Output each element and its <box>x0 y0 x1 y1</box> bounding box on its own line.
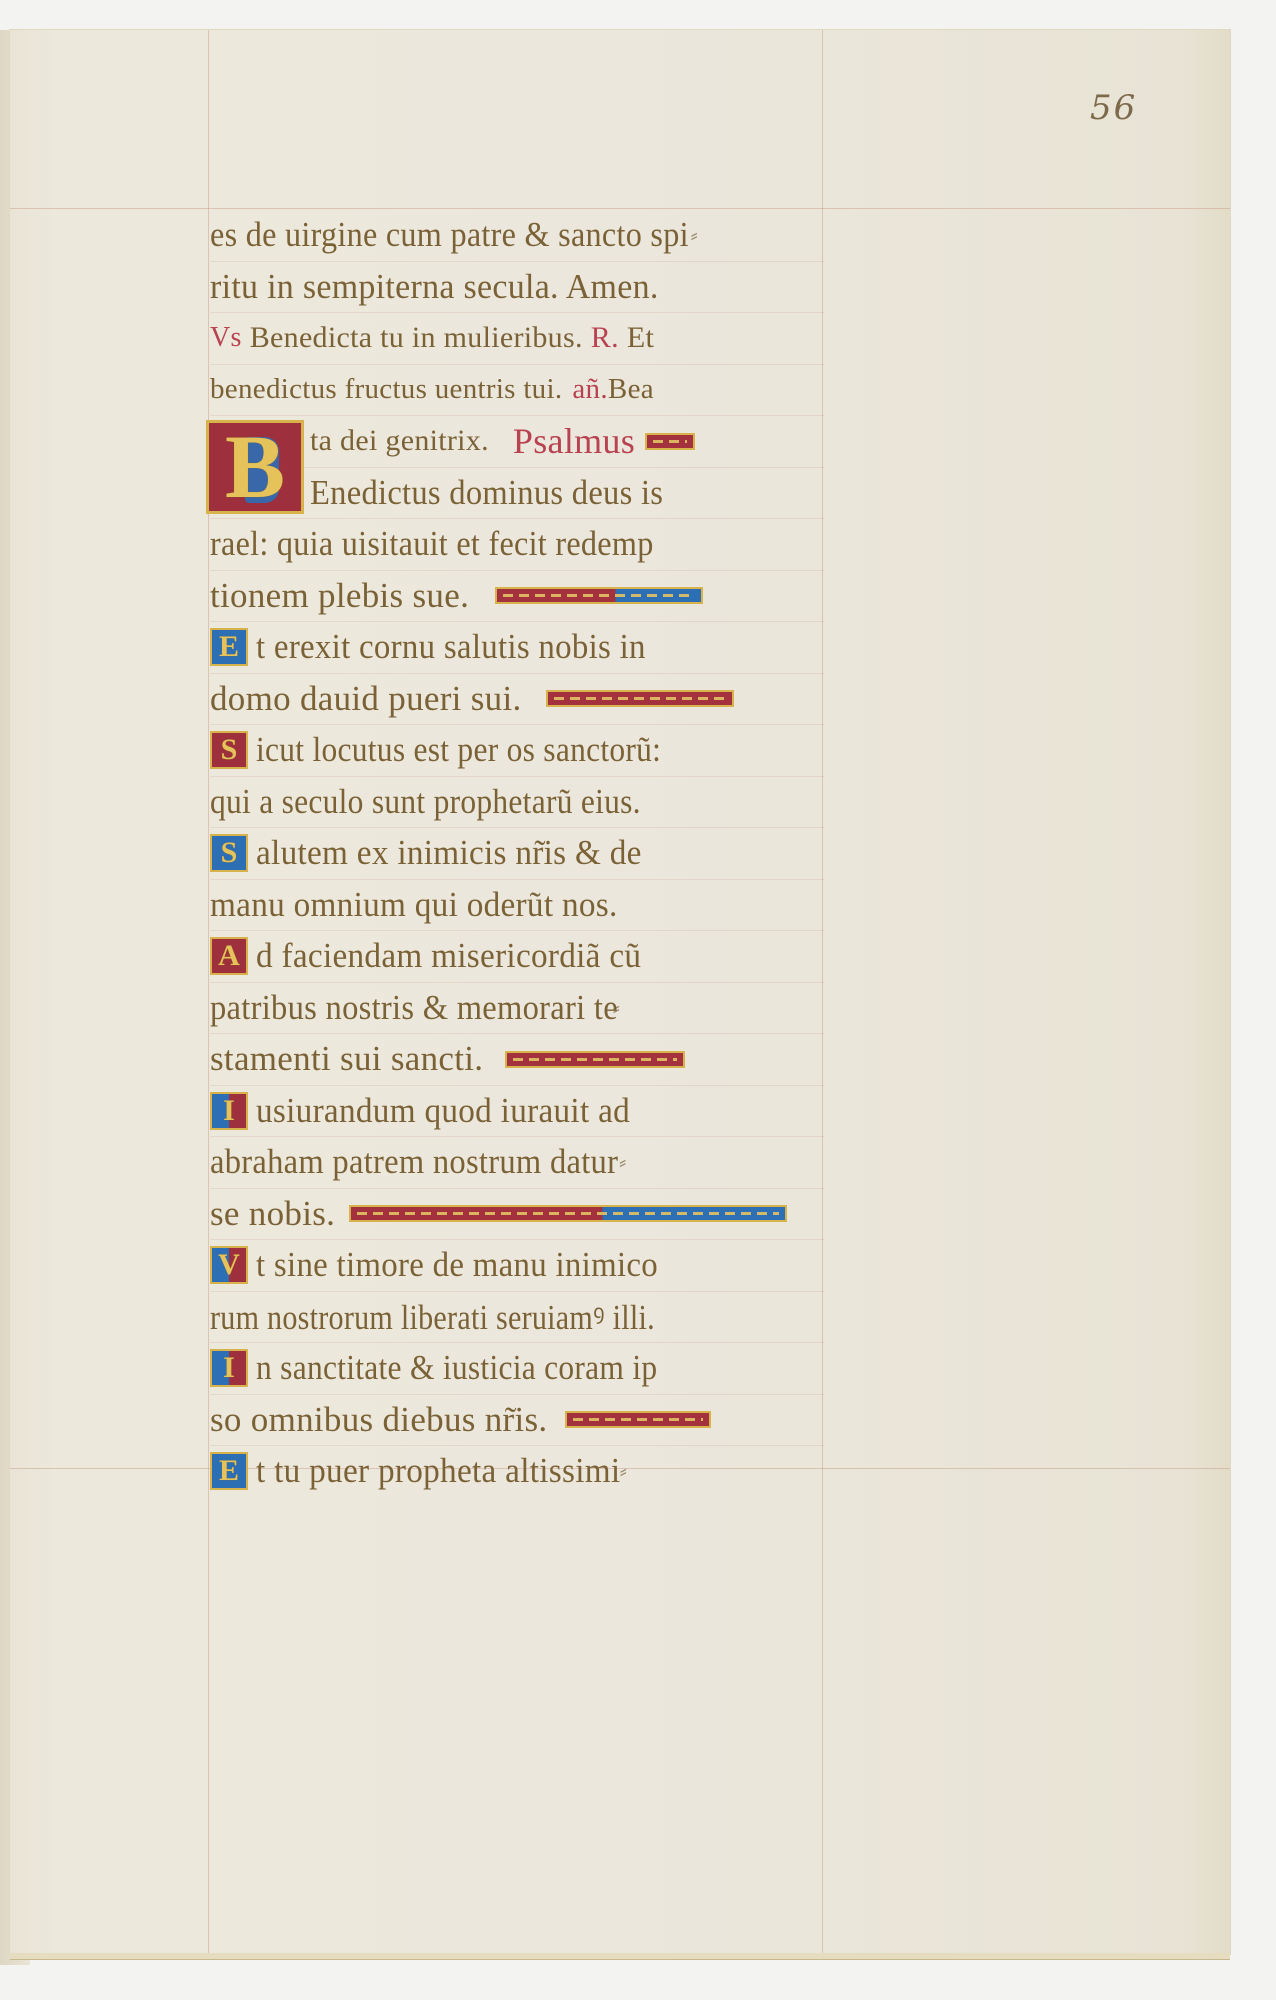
line-text: manu omnium qui oderũt nos. <box>210 885 618 925</box>
illuminated-initial-e: E <box>210 628 248 666</box>
line-filler <box>349 1205 787 1222</box>
ruling-top <box>10 208 1230 209</box>
folio-number: 56 <box>1090 88 1137 128</box>
text-line: stamenti sui sancti. <box>210 1034 824 1086</box>
line-filler <box>546 690 734 707</box>
text-line: S icut locutus est per os sanctorũ: <box>210 725 824 777</box>
line-text: se nobis. <box>210 1194 335 1234</box>
line-text: tionem plebis sue. <box>210 576 469 616</box>
line-text: patribus nostris & memorari te <box>210 988 618 1028</box>
text-line: E t tu puer propheta altissimi ⸗ <box>210 1446 824 1497</box>
text-line: E t erexit cornu salutis nobis in <box>210 622 824 674</box>
line-text: icut locutus est per os sanctorũ: <box>256 730 661 770</box>
text-line: abraham patrem nostrum datur ⸗ <box>210 1137 824 1189</box>
illuminated-initial-s: S <box>210 834 248 872</box>
initial-letter: B <box>225 416 285 519</box>
text-line: se nobis. <box>210 1189 824 1241</box>
text-line: A d faciendam misericordiã cũ <box>210 931 824 983</box>
line-text-end: Bea <box>608 373 654 406</box>
line-text: t tu puer propheta altissimi <box>256 1451 620 1491</box>
line-filler <box>495 587 703 604</box>
illuminated-initial-v: V <box>210 1246 248 1284</box>
line-text: ritu in sempiterna secula. Amen. <box>210 267 659 307</box>
line-text: benedictus fructus uentris tui. <box>210 373 562 406</box>
line-text: Enedictus dominus deus is <box>310 473 663 513</box>
line-text: usiurandum quod iurauit ad <box>256 1091 630 1131</box>
text-line: rum nostrorum liberati seruiamꝰ illi. <box>210 1292 824 1344</box>
versicle-mark: Vs <box>210 322 242 354</box>
line-filler <box>565 1411 711 1428</box>
line-text: t erexit cornu salutis nobis in <box>256 627 646 667</box>
text-line: B ta dei genitrix. Psalmus <box>210 416 824 468</box>
line-text: n sanctitate & iusticia coram ip <box>256 1348 657 1388</box>
psalm-heading: Psalmus <box>513 420 635 462</box>
line-filler-stroke: ⸗ <box>690 222 697 248</box>
line-filler-stroke: ⸗ <box>619 1149 626 1175</box>
illuminated-initial-e: E <box>210 1452 248 1490</box>
line-text: abraham patrem nostrum datur <box>210 1142 618 1182</box>
text-line: Enedictus dominus deus is <box>210 468 824 520</box>
line-text: rum nostrorum liberati seruiamꝰ illi. <box>210 1293 655 1340</box>
text-line: V t sine timore de manu inimico <box>210 1240 824 1292</box>
line-filler <box>645 433 695 450</box>
line-text: stamenti sui sancti. <box>210 1039 483 1079</box>
text-line: patribus nostris & memorari te ⸗ <box>210 983 824 1035</box>
illuminated-initial-s: S <box>210 731 248 769</box>
line-text: qui a seculo sunt prophetarũ eius. <box>210 782 641 822</box>
text-line: so omnibus diebus nr̃is. <box>210 1395 824 1447</box>
text-line: tionem plebis sue. <box>210 571 824 623</box>
text-line: S alutem ex inimicis nr̃is & de <box>210 828 824 880</box>
line-text: es de uirgine cum patre & sancto spi <box>210 215 689 255</box>
antiphon-mark: añ. <box>572 373 608 406</box>
line-filler-stroke: ⸗ <box>620 1458 627 1484</box>
text-line: Vs Benedicta tu in mulieribus. R. Et <box>210 313 824 365</box>
line-text: t sine timore de manu inimico <box>256 1245 658 1285</box>
text-line: ritu in sempiterna secula. Amen. <box>210 262 824 314</box>
response-mark: R. <box>591 321 619 355</box>
line-text: so omnibus diebus nr̃is. <box>210 1400 547 1440</box>
ruling-left <box>208 30 209 1954</box>
text-line: manu omnium qui oderũt nos. <box>210 880 824 932</box>
text-line: es de uirgine cum patre & sancto spi ⸗ <box>210 210 824 262</box>
illuminated-initial-i: I <box>210 1349 248 1387</box>
line-filler <box>505 1051 685 1068</box>
line-text: rael: quia uisitauit et fecit redemp <box>210 524 654 564</box>
text-block: es de uirgine cum patre & sancto spi ⸗ r… <box>210 210 824 1497</box>
line-text: domo dauid pueri sui. <box>210 679 522 719</box>
text-line: benedictus fructus uentris tui. añ. Bea <box>210 365 824 417</box>
illuminated-initial-i: I <box>210 1092 248 1130</box>
line-text: d faciendam misericordiã cũ <box>256 936 641 976</box>
text-line: I n sanctitate & iusticia coram ip <box>210 1343 824 1395</box>
text-line: qui a seculo sunt prophetarũ eius. <box>210 777 824 829</box>
text-line: I usiurandum quod iurauit ad <box>210 1086 824 1138</box>
illuminated-initial-a: A <box>210 937 248 975</box>
text-line: rael: quia uisitauit et fecit redemp <box>210 519 824 571</box>
line-text: Benedicta tu in mulieribus. <box>250 321 583 355</box>
line-text: alutem ex inimicis nr̃is & de <box>256 833 642 873</box>
text-line: domo dauid pueri sui. <box>210 674 824 726</box>
line-text-end: Et <box>627 321 654 355</box>
line-text: ta dei genitrix. <box>310 424 489 458</box>
